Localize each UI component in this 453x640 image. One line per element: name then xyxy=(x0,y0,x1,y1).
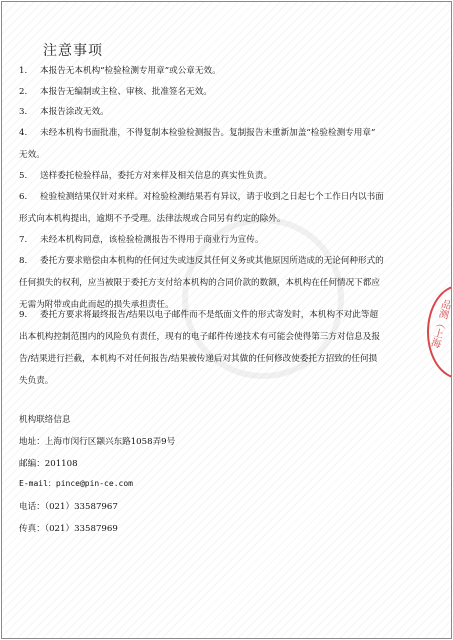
notice-item-4: 4.未经本机构书面批准，不得复制本检验检测报告。复制报告未重新加盖“检验检测专用… xyxy=(19,122,424,166)
contact-address: 地址：上海市闵行区颛兴东路1058弄9号 xyxy=(19,435,175,447)
notice-item-5: 5.送样委托检验样品，委托方对来样及相关信息的真实性负责。 xyxy=(19,165,424,187)
contact-email: E-mail：pince@pin-ce.com xyxy=(19,478,133,489)
contact-heading: 机构联络信息 xyxy=(19,413,71,425)
notice-item-6: 6.检验检测结果仅针对来样。对检验检测结果若有异议，请于收到之日起七个工作日内以… xyxy=(19,186,424,230)
notice-item-9: 9.委托方要求将最终报告/结果以电子邮件而不是纸面文件的形式寄发时，本机构不对此… xyxy=(19,304,424,392)
report-page: 品测（上海 注意事项 1.本报告无本机构“检验检测专用章”或公章无效。 2.本报… xyxy=(1,1,452,639)
page-title: 注意事项 xyxy=(43,40,103,60)
seal-text: 品测（上海 xyxy=(428,297,452,348)
notice-item-1: 1.本报告无本机构“检验检测专用章”或公章无效。 xyxy=(19,60,424,82)
contact-postcode: 邮编：201108 xyxy=(19,457,78,469)
contact-fax: 传真：（021）33587969 xyxy=(19,522,118,534)
notice-item-7: 7.未经本机构同意，该检验检测报告不得用于商业行为宣传。 xyxy=(19,229,424,251)
contact-phone: 电话：（021）33587967 xyxy=(19,500,118,512)
notice-item-2: 2.本报告无编制或主检、审核、批准签名无效。 xyxy=(19,81,424,103)
notice-item-3: 3.本报告涂改无效。 xyxy=(19,101,424,123)
